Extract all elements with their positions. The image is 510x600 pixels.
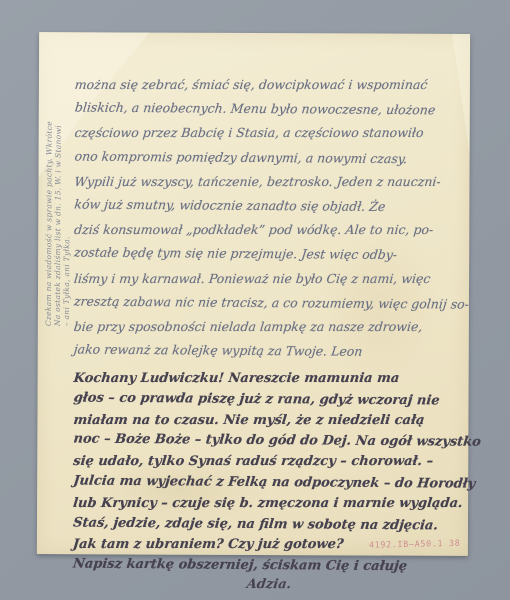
- handwritten-line: dziś konsumował „podkładek” pod wódkę. A…: [73, 218, 471, 242]
- handwritten-line: można się zebrać, śmiać się, dowcipkować…: [74, 73, 472, 97]
- handwritten-line: miałam na to czasu. Nie myśl, że z niedz…: [72, 411, 482, 432]
- handwritten-line: Kochany Ludwiczku! Nareszcie mamunia ma: [72, 369, 482, 390]
- handwritten-line: Wypili już wszyscy, tańczenie, beztrosko…: [73, 170, 471, 194]
- letter-paragraph-1: można się zebrać, śmiać się, dowcipkować…: [74, 72, 470, 364]
- handwritten-line: bie przy sposobności nielada lampkę za n…: [72, 315, 470, 339]
- handwritten-line: głos – co prawda piszę już z rana, gdyż …: [72, 388, 482, 412]
- handwritten-line: jako rewanż za kolejkę wypitą za Twoje. …: [72, 338, 470, 365]
- handwritten-line: liśmy i my karnawał. Ponieważ nie było C…: [73, 267, 471, 291]
- handwritten-line: zresztą zabawa nic nie tracisz, a co roz…: [73, 289, 471, 316]
- letter-page: Czekam na wiadomość w sprawie pachty. Wk…: [37, 32, 470, 556]
- margin-note-line: – ani Tyłka, ani Tyłka.: [62, 40, 72, 326]
- handwritten-line: Julcia ma wyjechać z Felką na odpoczynek…: [72, 471, 482, 495]
- letter-body: można się zebrać, śmiać się, dowcipkować…: [75, 32, 463, 34]
- catalog-number: 4192.IB–A50.1 38: [368, 539, 460, 551]
- handwritten-line: lub Krynicy – czuje się b. zmęczona i ma…: [72, 494, 482, 515]
- handwritten-line: ków już smutny, widocznie zanadto się ob…: [73, 192, 471, 219]
- handwritten-line: częściowo przez Babcię i Stasia, a częśc…: [73, 121, 471, 145]
- scan-background: Czekam na wiadomość w sprawie pachty. Wk…: [0, 0, 510, 600]
- handwritten-line: noc – Boże Boże – tylko do gód do Dej. N…: [72, 430, 482, 454]
- signature: Adzia.: [246, 577, 293, 592]
- margin-note-vertical: Czekam na wiadomość w sprawie pachty. Wk…: [44, 40, 72, 326]
- handwritten-line: bliskich, a nieobecnych. Menu było nowoc…: [74, 96, 472, 123]
- handwritten-line: zostałe będę tym się nie przejmuje. Jest…: [73, 241, 471, 268]
- handwritten-line: Staś, jedzie, zdaje się, na film w sobot…: [72, 513, 482, 537]
- handwritten-line: Napisz kartkę obszerniej, ściskam Cię i …: [72, 555, 482, 579]
- handwritten-line: ono kompromis pomiędzy dawnymi, a nowymi…: [73, 144, 471, 171]
- handwritten-line: się udało, tylko Synaś raduś rządzcy – c…: [72, 452, 482, 473]
